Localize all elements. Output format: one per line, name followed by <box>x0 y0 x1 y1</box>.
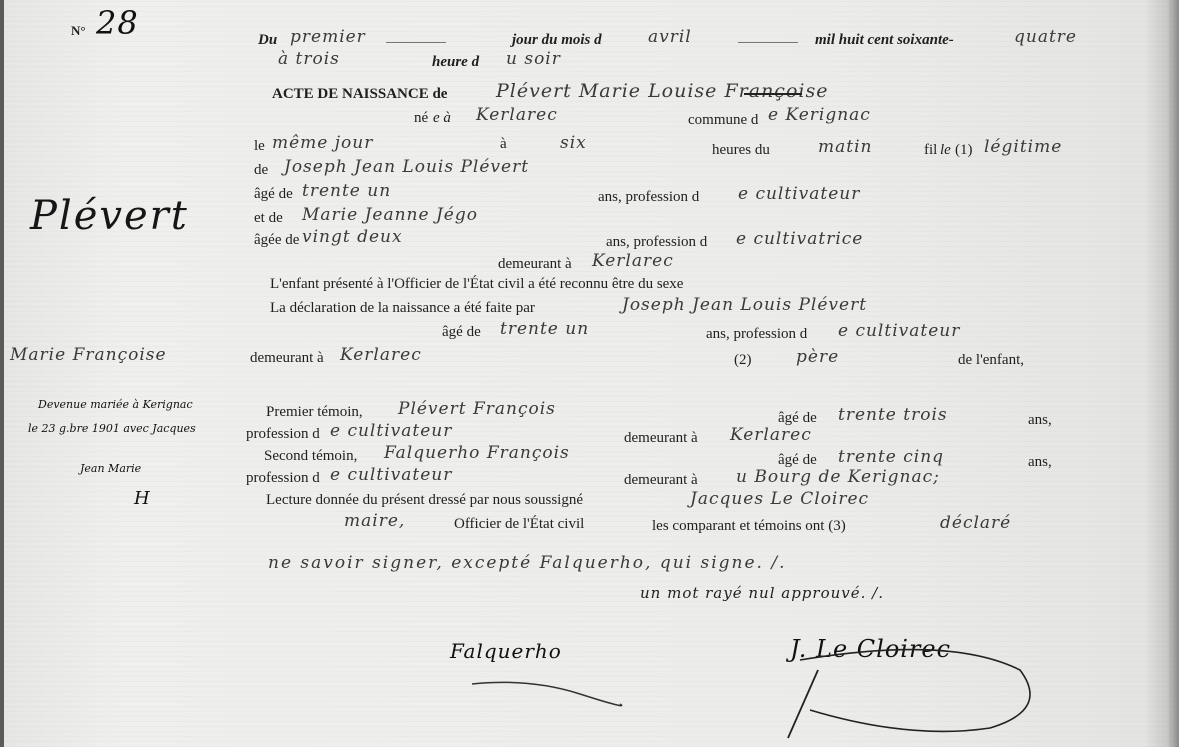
witness1-age: trente trois <box>838 406 948 425</box>
mother-profession: e cultivatrice <box>736 230 863 249</box>
born-label: né <box>414 110 428 127</box>
day-value: premier <box>290 28 366 47</box>
father-de-label: de <box>254 162 268 179</box>
residence-value: Kerlarec <box>592 252 674 271</box>
page-right-edge <box>1170 0 1173 747</box>
declaration-label: La déclaration de la naissance a été fai… <box>270 300 535 317</box>
witness2-residence-label: demeurant à <box>624 472 698 489</box>
reading-label: Lecture donnée du présent dressé par nou… <box>266 492 583 509</box>
declarant-relation: père <box>796 348 839 367</box>
witness1-name: Plévert François <box>398 400 556 419</box>
commune-label: commune d <box>688 112 758 129</box>
year-label: mil huit cent soixante- <box>815 32 954 49</box>
mother-et-de-label: et de <box>254 210 283 227</box>
residence-label: demeurant à <box>498 256 572 273</box>
fill-line <box>738 42 798 43</box>
comparants-label: les comparant et témoins ont (3) <box>652 518 846 535</box>
witness1-profession: e cultivateur <box>330 422 452 441</box>
mother-age-label: âgée de <box>254 232 299 249</box>
witness1-residence: Kerlarec <box>730 426 812 445</box>
witness1-label: Premier témoin, <box>266 404 363 421</box>
du-label: Du <box>258 32 277 49</box>
mother-age: vingt deux <box>302 228 403 247</box>
declared-value: déclaré <box>940 514 1011 533</box>
margin-annotation-initial: H <box>134 492 150 505</box>
margin-annotation-line1: Devenue mariée à Kerignac <box>38 398 193 411</box>
witness2-name: Falquerho François <box>384 444 570 463</box>
a-label: à <box>500 136 507 153</box>
declarant-age: trente un <box>500 320 589 339</box>
time-of-day-value: u soir <box>506 50 561 69</box>
witness2-age: trente cinq <box>838 448 944 467</box>
heures-label: heures du <box>712 142 770 159</box>
father-profession: e cultivateur <box>738 185 860 204</box>
strike-through <box>744 93 802 95</box>
birth-time: matin <box>818 138 872 157</box>
margin-annotation-line3: Jean Marie <box>80 462 141 475</box>
legitimacy: légitime <box>984 138 1062 157</box>
witness1-profession-label: profession d <box>246 426 320 443</box>
jour-label: jour du mois d <box>512 32 602 49</box>
heure-label: heure d <box>432 54 479 71</box>
hour-value: à trois <box>278 50 340 69</box>
born-suffix: e à <box>433 110 451 127</box>
witness1-ans: ans, <box>1028 412 1052 429</box>
father-profession-label: ans, profession d <box>598 189 699 206</box>
birth-place: Kerlarec <box>476 106 558 125</box>
le-label: le <box>254 138 265 155</box>
father-age-label: âgé de <box>254 186 293 203</box>
closing-line-2: un mot rayé nul approuvé. /. <box>640 584 884 603</box>
declarant-profession-label: ans, profession d <box>706 326 807 343</box>
year-value: quatre <box>1014 28 1077 47</box>
officer-role: maire, <box>344 512 405 531</box>
witness2-residence: u Bourg de Kerignac; <box>736 468 940 487</box>
declarant-profession: e cultivateur <box>838 322 960 341</box>
fil-suffix: le <box>940 142 951 159</box>
declarant-age-label: âgé de <box>442 324 481 341</box>
mother-name: Marie Jeanne Jégo <box>302 206 478 225</box>
signature-flourish <box>470 670 630 710</box>
signature-officer-flourish <box>770 640 1040 740</box>
fill-line <box>386 42 446 43</box>
birth-hour: six <box>560 134 587 153</box>
page-binding-edge <box>0 0 4 747</box>
margin-surname: Plévert <box>30 194 189 238</box>
month-value: avril <box>648 28 692 47</box>
closing-line-1: ne savoir signer, excepté Falquerho, qui… <box>268 554 787 573</box>
margin-annotation-line2: le 23 g.bre 1901 avec Jacques <box>28 422 196 435</box>
witness2-profession-label: profession d <box>246 470 320 487</box>
declarant-name: Joseph Jean Louis Plévert <box>622 296 867 315</box>
father-age: trente un <box>302 182 391 201</box>
witness2-label: Second témoin, <box>264 448 357 465</box>
record-number: 28 <box>96 6 139 40</box>
fil-label: fil <box>924 142 937 159</box>
number-label: N° <box>71 22 86 39</box>
father-name: Joseph Jean Louis Plévert <box>284 158 529 177</box>
declarant-residence: Kerlarec <box>340 346 422 365</box>
sex-sentence: L'enfant présenté à l'Officier de l'État… <box>270 276 683 293</box>
margin-given-names: Marie Françoise <box>10 346 167 365</box>
declarant-residence-label: demeurant à <box>250 350 324 367</box>
officer-name: Jacques Le Cloirec <box>690 490 869 509</box>
child-name: Plévert Marie Louise Françoise <box>496 82 828 101</box>
mother-profession-label: ans, profession d <box>606 234 707 251</box>
witness2-profession: e cultivateur <box>330 466 452 485</box>
relation-suffix: de l'enfant, <box>958 352 1024 369</box>
act-title: ACTE DE NAISSANCE de <box>272 86 447 103</box>
witness2-ans: ans, <box>1028 454 1052 471</box>
witness1-residence-label: demeurant à <box>624 430 698 447</box>
register-page: N° 28 Du premier jour du mois d avril mi… <box>0 0 1179 747</box>
note-1: (1) <box>955 142 973 159</box>
signature-witness: Falquerho <box>450 642 562 661</box>
officer-label: Officier de l'État civil <box>454 516 584 533</box>
note-2: (2) <box>734 352 752 369</box>
commune-value: e Kerignac <box>768 106 871 125</box>
birth-day: même jour <box>272 134 373 153</box>
